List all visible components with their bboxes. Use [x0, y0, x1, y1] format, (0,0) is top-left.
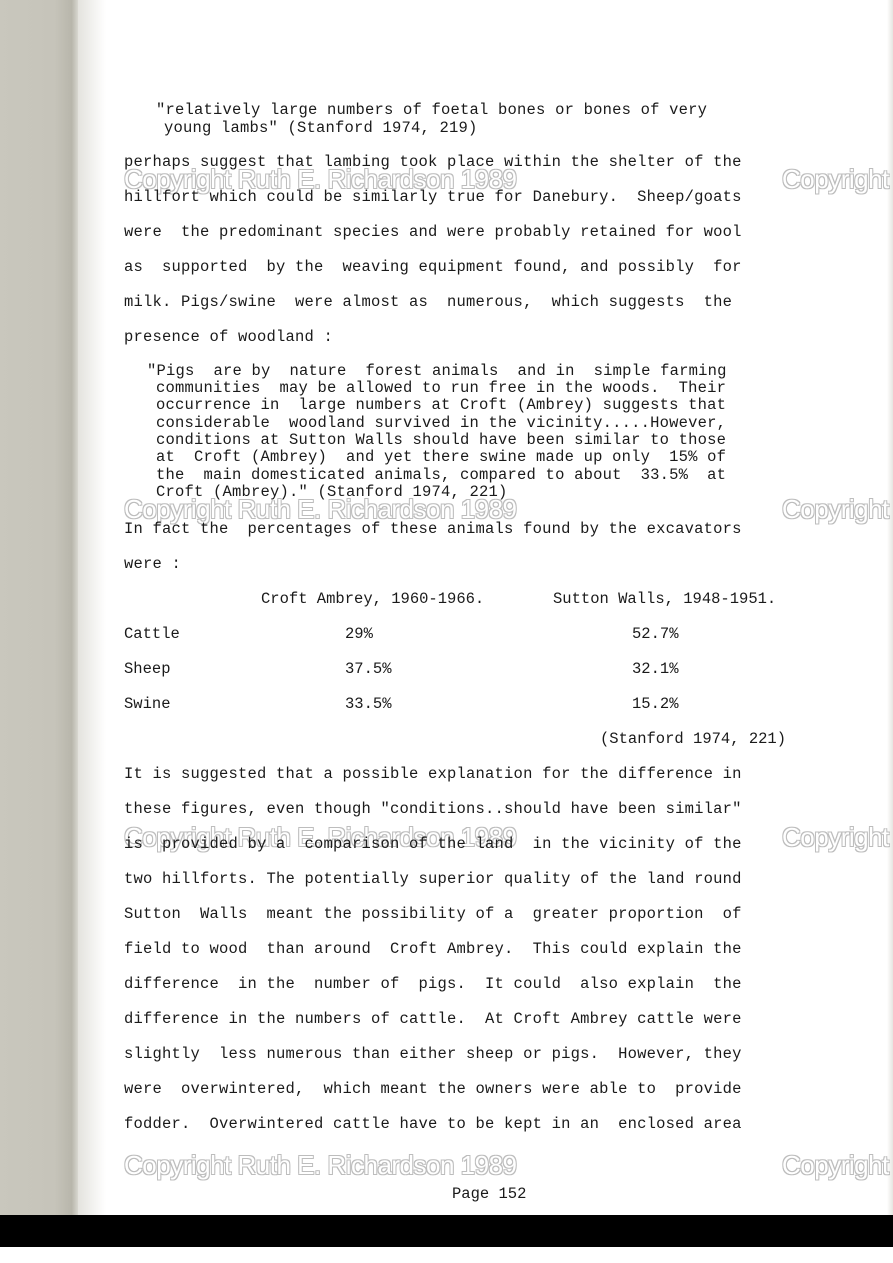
watermark-right: Copyright: [782, 1150, 889, 1181]
text-line: two hillforts. The potentially superior …: [124, 870, 742, 888]
quote-line: "Pigs are by nature forest animals and i…: [147, 362, 727, 380]
text-line: were :: [124, 555, 181, 573]
text-line: is provided by a comparison of the land …: [124, 835, 742, 853]
scan-border: [0, 1215, 893, 1247]
quote-line: communities may be allowed to run free i…: [156, 379, 726, 397]
text-line: Sutton Walls meant the possibility of a …: [124, 905, 742, 923]
cell-croft-cattle: 29%: [345, 625, 373, 643]
quote-line: "relatively large numbers of foetal bone…: [156, 101, 707, 119]
text-line: field to wood than around Croft Ambrey. …: [124, 940, 742, 958]
row-label-swine: Swine: [124, 695, 171, 713]
watermark: Copyright Ruth E. Richardson 1989: [124, 1150, 517, 1181]
text-line: as supported by the weaving equipment fo…: [124, 258, 742, 276]
cell-sutton-cattle: 52.7%: [632, 625, 679, 643]
row-label-sheep: Sheep: [124, 660, 171, 678]
quote-line: young lambs" (Stanford 1974, 219): [164, 119, 478, 137]
text-line: In fact the percentages of these animals…: [124, 520, 742, 538]
row-label-cattle: Cattle: [124, 625, 180, 643]
scan-margin: [0, 1247, 893, 1263]
cell-sutton-sheep: 32.1%: [632, 660, 679, 678]
text-line: milk. Pigs/swine were almost as numerous…: [124, 293, 732, 311]
text-line: these figures, even though "conditions..…: [124, 800, 742, 818]
page-number: Page 152: [452, 1185, 526, 1203]
text-line: difference in the number of pigs. It cou…: [124, 975, 742, 993]
text-line: presence of woodland :: [124, 328, 333, 346]
quote-line: the main domesticated animals, compared …: [156, 466, 726, 484]
cell-croft-swine: 33.5%: [345, 695, 392, 713]
watermark-right: Copyright: [782, 494, 889, 525]
column-header-croft: Croft Ambrey, 1960-1966.: [261, 590, 484, 608]
page-shadow: [78, 0, 106, 1215]
text-line: slightly less numerous than either sheep…: [124, 1045, 742, 1063]
text-line: were overwintered, which meant the owner…: [124, 1080, 742, 1098]
quote-line: considerable woodland survived in the vi…: [156, 414, 726, 432]
table-source-citation: (Stanford 1974, 221): [600, 730, 786, 748]
quote-line: conditions at Sutton Walls should have b…: [156, 431, 726, 449]
quote-line: at Croft (Ambrey) and yet there swine ma…: [156, 448, 726, 466]
text-line: It is suggested that a possible explanat…: [124, 765, 742, 783]
column-header-sutton: Sutton Walls, 1948-1951.: [553, 590, 776, 608]
cell-sutton-swine: 15.2%: [632, 695, 679, 713]
text-line: difference in the numbers of cattle. At …: [124, 1010, 742, 1028]
watermark-right: Copyright: [782, 822, 889, 853]
text-line: hillfort which could be similarly true f…: [124, 188, 742, 206]
quote-line: Croft (Ambrey)." (Stanford 1974, 221): [156, 483, 508, 501]
cell-croft-sheep: 37.5%: [345, 660, 392, 678]
text-line: perhaps suggest that lambing took place …: [124, 153, 742, 171]
quote-line: occurrence in large numbers at Croft (Am…: [156, 396, 726, 414]
watermark-right: Copyright: [782, 164, 889, 195]
text-line: were the predominant species and were pr…: [124, 223, 742, 241]
book-gutter: [0, 0, 78, 1215]
text-line: fodder. Overwintered cattle have to be k…: [124, 1115, 742, 1133]
